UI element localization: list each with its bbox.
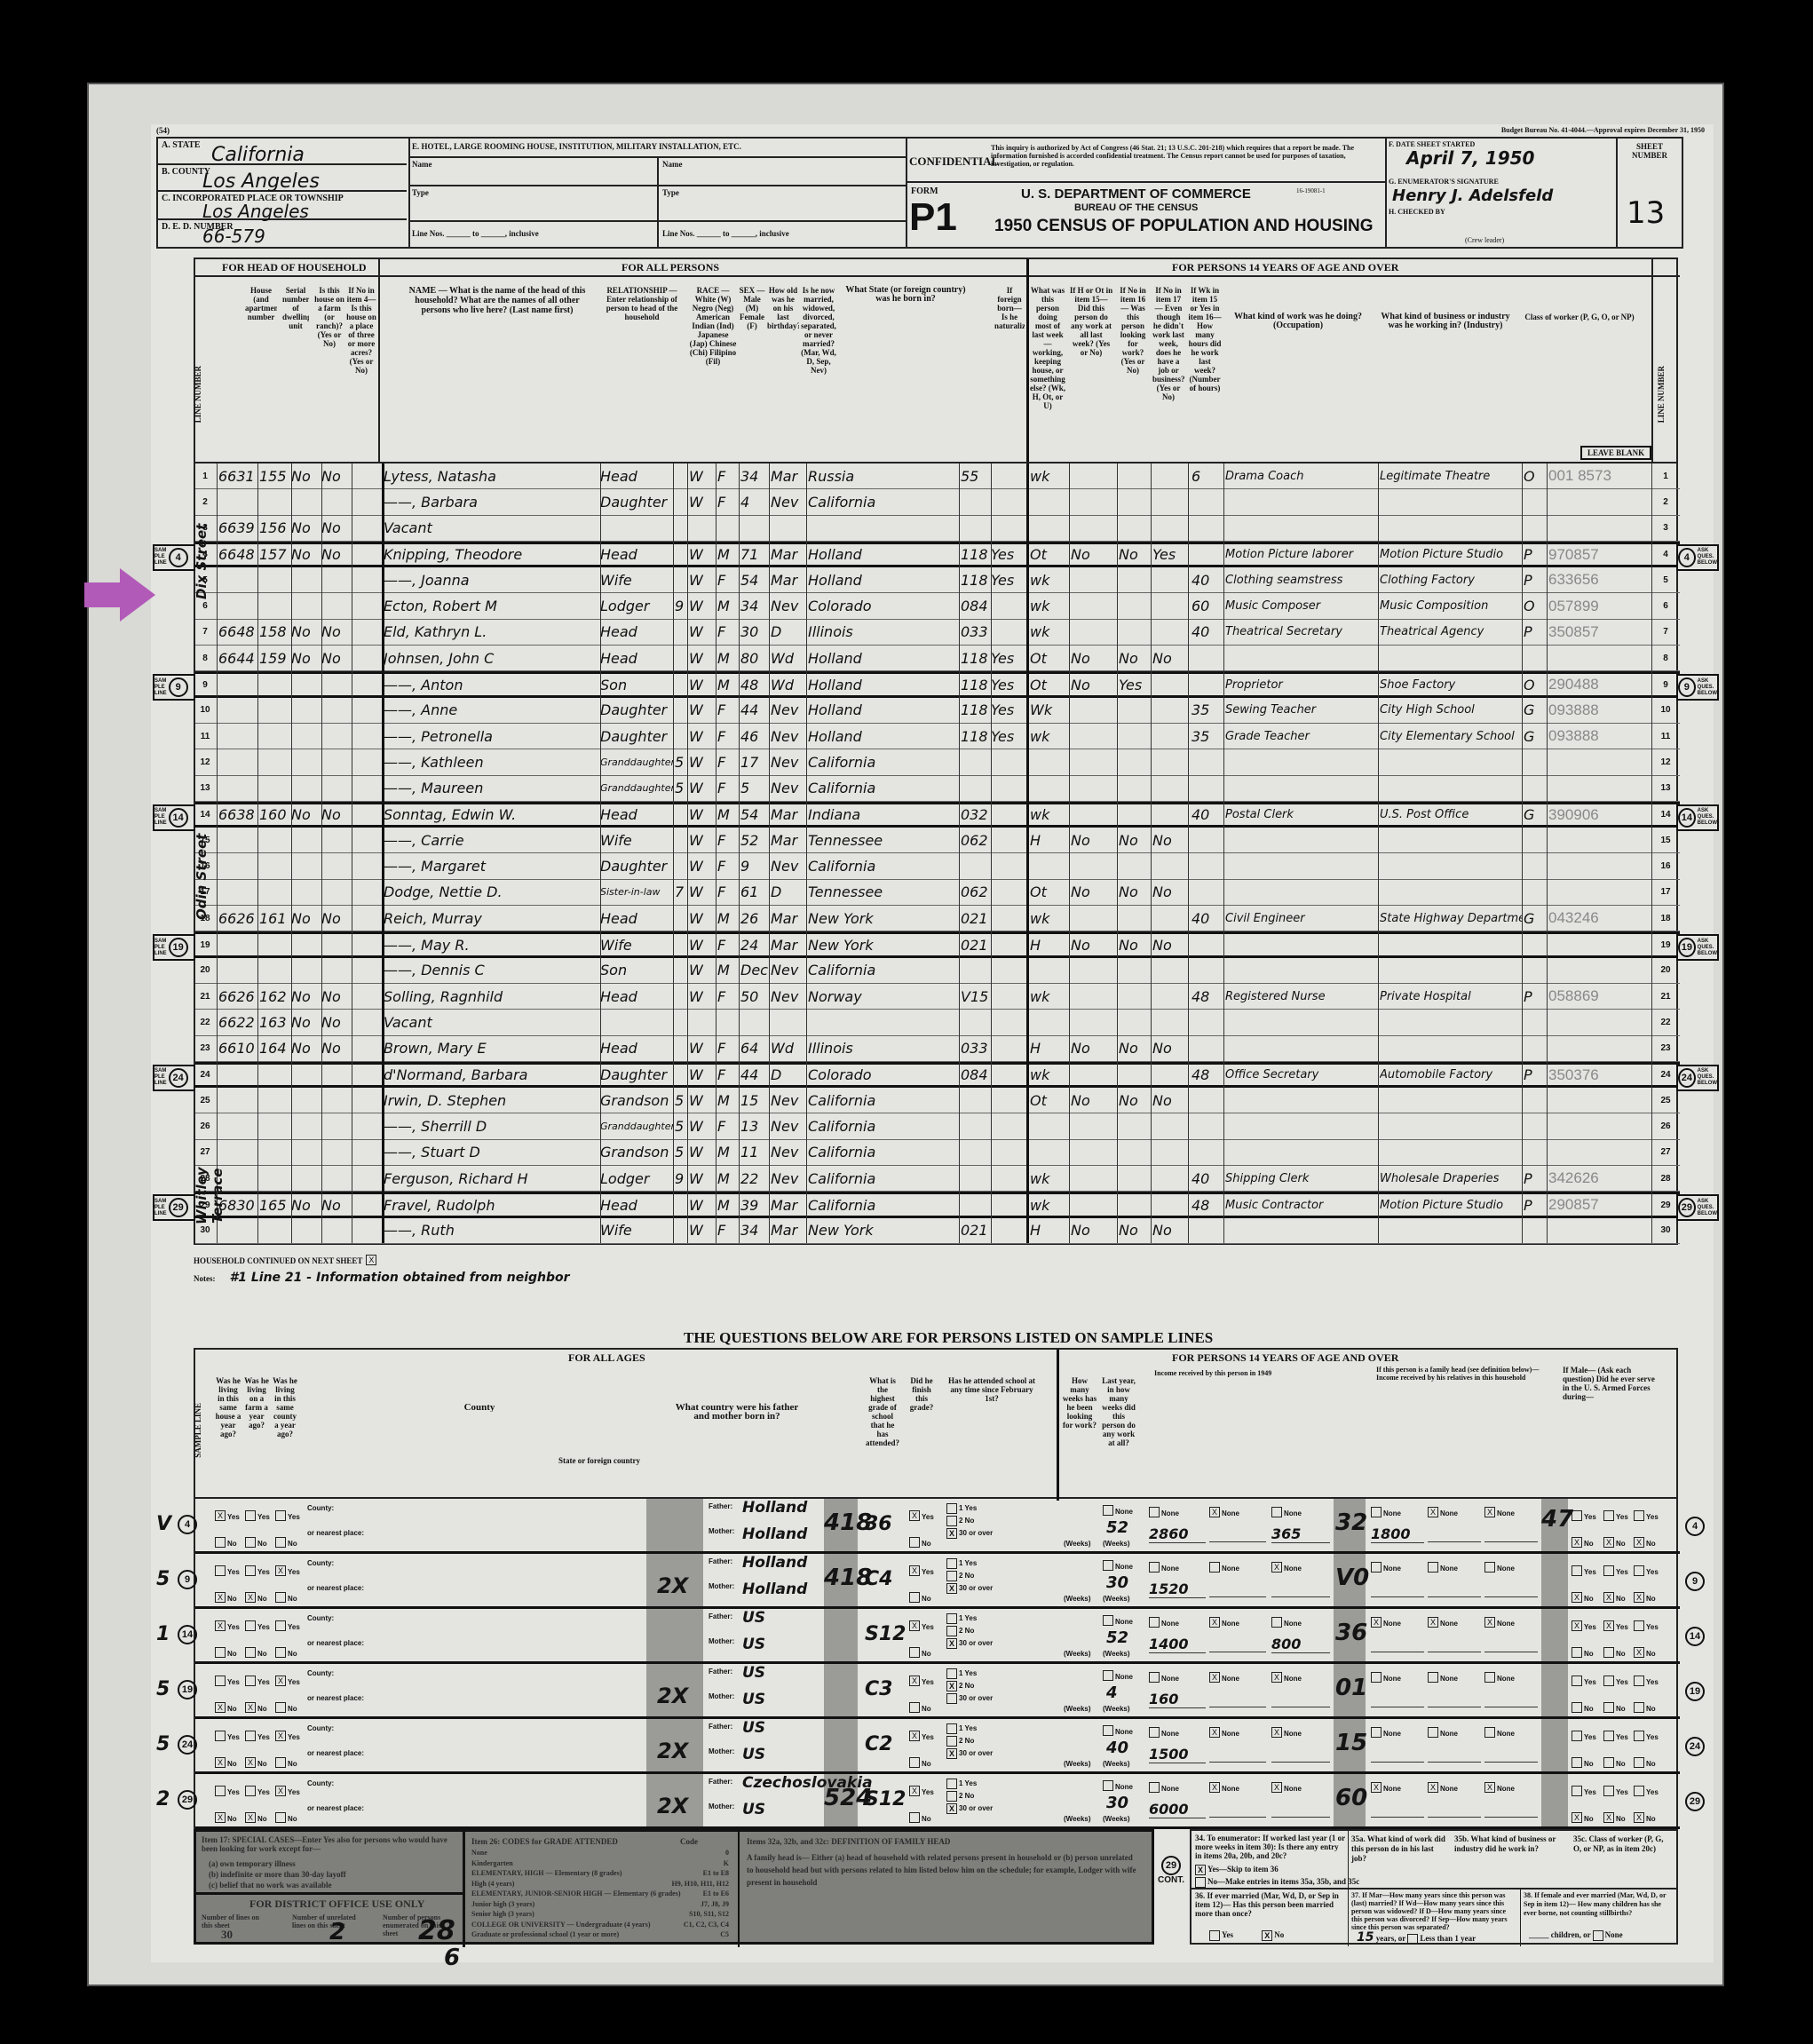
q31b-amount[interactable] xyxy=(1209,1746,1266,1763)
line-number-right: 19 xyxy=(1655,934,1676,955)
q22-yes-checkbox[interactable] xyxy=(245,1676,256,1686)
q31c-amount[interactable]: 365 xyxy=(1271,1525,1330,1543)
q32a-none-checkbox[interactable] xyxy=(1371,1507,1382,1517)
ww2-yes-checkbox[interactable] xyxy=(1572,1786,1582,1796)
ww2-yes-checkbox[interactable] xyxy=(1572,1731,1582,1741)
q31a-none-checkbox[interactable] xyxy=(1149,1562,1160,1573)
q32c-none-checkbox[interactable] xyxy=(1484,1727,1495,1738)
q31c-amount[interactable]: 800 xyxy=(1271,1636,1330,1653)
cell-q16 xyxy=(1071,1140,1115,1165)
school-30-checkbox[interactable]: X xyxy=(946,1528,957,1539)
q22-no-checkbox[interactable]: X xyxy=(245,1812,256,1823)
q32c-none-checkbox[interactable]: X xyxy=(1484,1617,1495,1628)
cell-serial xyxy=(259,828,291,852)
line-number-right: 18 xyxy=(1655,906,1676,931)
q31b-amount[interactable] xyxy=(1209,1801,1266,1818)
q21-no-checkbox[interactable]: X xyxy=(215,1757,226,1768)
q34-yes-checkbox[interactable]: X xyxy=(1195,1865,1206,1875)
cell-acres: No xyxy=(321,620,352,645)
cell-sex: M xyxy=(717,1194,739,1215)
father-birthplace: US xyxy=(742,1609,765,1627)
q22-no-checkbox[interactable] xyxy=(245,1537,256,1548)
q21-yes-checkbox[interactable] xyxy=(215,1786,226,1796)
other-no-checkbox[interactable]: X xyxy=(1634,1592,1644,1603)
q22-yes-checkbox[interactable] xyxy=(245,1510,256,1521)
cell-race: W xyxy=(689,828,714,852)
finished-yes-checkbox[interactable]: X xyxy=(909,1565,920,1576)
other-yes-checkbox[interactable] xyxy=(1634,1786,1644,1796)
q32b-none-checkbox[interactable] xyxy=(1428,1672,1438,1683)
q32b-none-checkbox[interactable]: X xyxy=(1428,1617,1438,1628)
q32a-amount[interactable] xyxy=(1371,1801,1424,1818)
finished-yes-checkbox[interactable]: X xyxy=(909,1786,920,1796)
q31a-amount[interactable]: 6000 xyxy=(1149,1801,1206,1818)
q32b-none-checkbox[interactable] xyxy=(1428,1727,1438,1738)
finished-no-checkbox[interactable] xyxy=(909,1592,920,1603)
q32a-amount[interactable] xyxy=(1371,1746,1424,1763)
weeks-worked[interactable]: 52 xyxy=(1106,1518,1128,1537)
cell-nat xyxy=(991,1140,1023,1165)
q21-yes-checkbox[interactable]: X xyxy=(215,1620,226,1631)
q32b-amount[interactable] xyxy=(1428,1636,1481,1652)
other-yes-checkbox[interactable] xyxy=(1634,1731,1644,1741)
q32a-amount[interactable] xyxy=(1371,1636,1424,1652)
school-yes-checkbox[interactable] xyxy=(946,1613,957,1624)
cell-farm xyxy=(291,934,321,955)
q30-none-checkbox[interactable] xyxy=(1103,1560,1113,1571)
cell-name: Dodge, Nettie D. xyxy=(384,880,604,905)
ww1-no-checkbox[interactable] xyxy=(1603,1702,1614,1713)
school-no-checkbox[interactable] xyxy=(946,1626,957,1636)
cell-age: 5 xyxy=(740,776,769,801)
q32a-none-checkbox[interactable]: X xyxy=(1371,1782,1382,1793)
other-no-checkbox[interactable]: X xyxy=(1634,1812,1644,1823)
cell-rel: Head xyxy=(600,906,673,931)
other-yes-checkbox[interactable] xyxy=(1634,1510,1644,1521)
cell-industry xyxy=(1380,934,1522,955)
ww1-yes-checkbox[interactable]: X xyxy=(1603,1620,1614,1631)
q31a-amount[interactable]: 1500 xyxy=(1149,1746,1206,1763)
cell-sex: M xyxy=(717,594,739,619)
q23-yes-checkbox[interactable] xyxy=(275,1620,286,1631)
no-label: No xyxy=(1584,1540,1594,1548)
q30-none-checkbox[interactable] xyxy=(1103,1505,1113,1516)
q31a-none-checkbox[interactable] xyxy=(1149,1782,1160,1793)
other-no-checkbox[interactable]: X xyxy=(1634,1537,1644,1548)
cell-house xyxy=(218,724,259,749)
ww1-yes-checkbox[interactable] xyxy=(1603,1676,1614,1686)
school-yes-checkbox[interactable] xyxy=(946,1668,957,1679)
finished-no-checkbox[interactable] xyxy=(909,1812,920,1823)
q32c-none-checkbox[interactable]: X xyxy=(1484,1507,1495,1517)
ww1-no-checkbox[interactable] xyxy=(1603,1647,1614,1658)
weeks-worked[interactable]: 30 xyxy=(1106,1573,1128,1592)
q21-yes-checkbox[interactable] xyxy=(215,1731,226,1741)
cell-q17 xyxy=(1119,567,1151,592)
q32a-none-checkbox[interactable]: X xyxy=(1371,1617,1382,1628)
other-no-checkbox[interactable]: X xyxy=(1634,1647,1644,1658)
q38-none-checkbox[interactable] xyxy=(1593,1930,1603,1941)
cell-race: W xyxy=(689,489,714,514)
school-no-checkbox[interactable] xyxy=(946,1571,957,1581)
school-no-checkbox[interactable] xyxy=(946,1516,957,1526)
cell-industry: Motion Picture Studio xyxy=(1380,1194,1522,1215)
q23-no-checkbox[interactable] xyxy=(275,1592,286,1603)
sample-row-line-circle: 19 xyxy=(178,1680,197,1699)
cell-marital: Mar xyxy=(771,804,806,825)
q31a-amount[interactable]: 2860 xyxy=(1149,1525,1206,1543)
q23-no-checkbox[interactable] xyxy=(275,1812,286,1823)
q21-no-checkbox[interactable] xyxy=(215,1537,226,1548)
district-label-unrelated: Number of unrelated lines on this sheet xyxy=(292,1913,363,1929)
school-no-checkbox[interactable] xyxy=(946,1791,957,1802)
leave-blank-g-value: 47 xyxy=(1541,1506,1573,1533)
q22-no-checkbox[interactable] xyxy=(245,1647,256,1658)
q22-checkboxes: YesXNo xyxy=(245,1673,270,1715)
highest-grade: S12 xyxy=(865,1623,906,1645)
cell-rel: Head xyxy=(600,620,673,645)
cell-age: 80 xyxy=(740,646,769,670)
ww2-yes-checkbox[interactable]: X xyxy=(1572,1620,1582,1631)
cell-industry xyxy=(1380,489,1522,514)
q31b-none-checkbox[interactable] xyxy=(1209,1562,1220,1573)
weeks-worked[interactable]: 40 xyxy=(1106,1739,1128,1757)
q23-no-checkbox[interactable] xyxy=(275,1537,286,1548)
school-30-checkbox[interactable] xyxy=(946,1693,957,1704)
q31a-none-checkbox[interactable] xyxy=(1149,1507,1160,1517)
q32b-amount[interactable] xyxy=(1428,1581,1481,1597)
q31c-none-checkbox[interactable] xyxy=(1271,1617,1282,1628)
q30-none-checkbox[interactable] xyxy=(1103,1725,1113,1736)
cell-birthplace: California xyxy=(808,1088,932,1113)
ww1-yes-checkbox[interactable] xyxy=(1603,1565,1614,1576)
q23-yes-checkbox[interactable]: X xyxy=(275,1786,286,1796)
cell-serial: 164 xyxy=(259,1036,291,1061)
q32a-none-checkbox[interactable] xyxy=(1371,1727,1382,1738)
q31c-amount[interactable] xyxy=(1271,1746,1330,1763)
q32c-amount[interactable] xyxy=(1484,1691,1538,1707)
q32b-none-checkbox[interactable]: X xyxy=(1428,1782,1438,1793)
q32c-none-checkbox[interactable] xyxy=(1484,1672,1495,1683)
q36-no-checkbox[interactable]: X xyxy=(1262,1930,1272,1941)
q31b-amount[interactable] xyxy=(1209,1636,1266,1652)
school-30-checkbox[interactable]: X xyxy=(946,1638,957,1649)
q31a-none-checkbox[interactable] xyxy=(1149,1727,1160,1738)
q32c-amount[interactable] xyxy=(1484,1801,1538,1818)
q31c-none-checkbox[interactable]: X xyxy=(1271,1727,1282,1738)
table-row: 216626 upper162NoNoSolling, RagnhildHead… xyxy=(195,984,1680,1010)
q31b-amount[interactable] xyxy=(1209,1525,1266,1542)
cell-q17: No xyxy=(1119,646,1151,670)
q22-yes-checkbox[interactable] xyxy=(245,1620,256,1631)
q31a-none-checkbox[interactable] xyxy=(1149,1617,1160,1628)
q22-yes-checkbox[interactable] xyxy=(245,1565,256,1576)
school-30-checkbox[interactable]: X xyxy=(946,1583,957,1594)
none-label: None xyxy=(1284,1565,1302,1573)
cell-birthplace: Russia xyxy=(808,463,932,488)
q32c-amount[interactable] xyxy=(1484,1581,1538,1597)
q31c-none-checkbox[interactable]: X xyxy=(1271,1672,1282,1683)
finished-no-checkbox[interactable] xyxy=(909,1757,920,1768)
school-attendance: 1 Yes2 NoX30 or over xyxy=(946,1778,993,1815)
ww2-yes-checkbox[interactable] xyxy=(1572,1676,1582,1686)
cell-b: 021 xyxy=(961,1218,989,1243)
section-head-of-household: FOR HEAD OF HOUSEHOLD xyxy=(222,261,367,274)
q31a-amount[interactable]: 1520 xyxy=(1149,1581,1206,1598)
ww2-yes-checkbox[interactable] xyxy=(1572,1510,1582,1521)
q36-yes-label: Yes xyxy=(1222,1930,1233,1939)
q31c-amount[interactable] xyxy=(1271,1581,1330,1597)
ww1-no-checkbox[interactable] xyxy=(1603,1757,1614,1768)
q36-yes-checkbox[interactable] xyxy=(1209,1930,1220,1941)
weeks-label-30: (Weeks) xyxy=(1103,1705,1130,1713)
column-divider xyxy=(806,463,807,1243)
cell-hours xyxy=(1192,1036,1218,1061)
table-row: 5——, JoannaWifeWF54MarHolland118Yeswk40C… xyxy=(195,567,1680,593)
q32c-amount[interactable] xyxy=(1484,1746,1538,1763)
cell-q16 xyxy=(1071,567,1115,592)
ww1-yes-checkbox[interactable] xyxy=(1603,1786,1614,1796)
checked-by-label: h. CHECKED BY xyxy=(1389,208,1445,216)
q31c-amount[interactable] xyxy=(1271,1691,1330,1707)
weeks-worked[interactable]: 4 xyxy=(1106,1684,1118,1702)
q31c-amount[interactable] xyxy=(1271,1801,1330,1818)
school-no-checkbox[interactable]: X xyxy=(946,1681,957,1691)
table-row: 16631155NoNoLytess, NatashaHeadWF34MarRu… xyxy=(195,463,1680,489)
table-row: 25Irwin, D. StephenGrandson5WM15NevCalif… xyxy=(195,1088,1680,1113)
leave-blank-d-value: 2X xyxy=(657,1739,688,1763)
q21-no-checkbox[interactable] xyxy=(215,1647,226,1658)
q21-yes-checkbox[interactable]: X xyxy=(215,1510,226,1521)
q32c-amount[interactable] xyxy=(1484,1525,1538,1542)
ww2-no-checkbox[interactable] xyxy=(1572,1702,1582,1713)
cell-race: W xyxy=(689,984,714,1009)
cell-class xyxy=(1524,1036,1545,1061)
q21-no-checkbox[interactable]: X xyxy=(215,1812,226,1823)
q23-no-checkbox[interactable] xyxy=(275,1702,286,1713)
cell-occupation xyxy=(1225,489,1376,514)
none-label: None xyxy=(1440,1509,1458,1517)
q21-yes-checkbox[interactable] xyxy=(215,1565,226,1576)
q32b-amount[interactable] xyxy=(1428,1746,1481,1763)
cell-a xyxy=(675,984,687,1009)
school-30-checkbox[interactable]: X xyxy=(946,1748,957,1759)
grade-code-label: Senior high (3 years) xyxy=(471,1909,534,1920)
father-label: Father: xyxy=(709,1723,732,1731)
q23-no-checkbox[interactable] xyxy=(275,1647,286,1658)
cell-acres xyxy=(321,489,352,514)
q32c-amount[interactable] xyxy=(1484,1636,1538,1652)
grade-code-row: Senior high (3 years)S10, S11, S12 xyxy=(471,1909,729,1920)
q32c-none-checkbox[interactable] xyxy=(1484,1562,1495,1573)
ww1-no-checkbox[interactable]: X xyxy=(1603,1812,1614,1823)
cell-nat xyxy=(991,958,1023,983)
q31a-amount[interactable]: 160 xyxy=(1149,1691,1206,1708)
cell-q17 xyxy=(1119,854,1151,879)
weeks-worked[interactable]: 30 xyxy=(1106,1794,1128,1812)
state-field: a. STATE California xyxy=(158,139,407,165)
school-no-checkbox[interactable] xyxy=(946,1736,957,1747)
confidential-text: This inquiry is authorized by Act of Con… xyxy=(991,144,1373,168)
q31b-amount[interactable] xyxy=(1209,1581,1266,1597)
q32a-none-checkbox[interactable] xyxy=(1371,1562,1382,1573)
finished-yes-checkbox[interactable]: X xyxy=(909,1620,920,1631)
cell-name: Vacant xyxy=(384,516,604,541)
cell-age: 13 xyxy=(740,1114,769,1139)
finished-yes-checkbox[interactable]: X xyxy=(909,1510,920,1521)
q31b-amount[interactable] xyxy=(1209,1691,1266,1707)
q31b-none-checkbox[interactable]: X xyxy=(1209,1782,1220,1793)
q23-yes-checkbox[interactable]: X xyxy=(275,1565,286,1576)
q31c-none-checkbox[interactable] xyxy=(1271,1507,1282,1517)
q30-none-checkbox[interactable] xyxy=(1103,1615,1113,1626)
q32b-amount[interactable] xyxy=(1428,1801,1481,1818)
cell-serial: 161 xyxy=(259,906,291,931)
q21-no-checkbox[interactable]: X xyxy=(215,1592,226,1603)
q22-no-checkbox[interactable]: X xyxy=(245,1592,256,1603)
cell-activity: wk xyxy=(1030,804,1065,825)
q32b-amount[interactable] xyxy=(1428,1525,1481,1542)
q22-no-checkbox[interactable]: X xyxy=(245,1702,256,1713)
school-30-label: 30 or over xyxy=(959,1584,993,1592)
q31b-none-checkbox[interactable]: X xyxy=(1209,1507,1220,1517)
q32b-amount[interactable] xyxy=(1428,1691,1481,1707)
cell-hours: 40 xyxy=(1192,906,1218,931)
q23-yes-checkbox[interactable] xyxy=(275,1510,286,1521)
q32a-amount[interactable] xyxy=(1371,1581,1424,1597)
ww2-no-checkbox[interactable]: X xyxy=(1572,1537,1582,1548)
school-30-label: 30 or over xyxy=(959,1804,993,1812)
none-label: None xyxy=(1115,1618,1133,1626)
ww1-no-checkbox[interactable]: X xyxy=(1603,1592,1614,1603)
ww1-yes-checkbox[interactable] xyxy=(1603,1731,1614,1741)
other-no-checkbox[interactable] xyxy=(1634,1702,1644,1713)
q31a-amount[interactable]: 1400 xyxy=(1149,1636,1206,1653)
q30-none-checkbox[interactable] xyxy=(1103,1670,1113,1681)
ed-number-label: d. E. D. NUMBER xyxy=(162,222,403,232)
q32a-amount[interactable] xyxy=(1371,1691,1424,1707)
ww1-yes-checkbox[interactable] xyxy=(1603,1510,1614,1521)
finished-yes-checkbox[interactable]: X xyxy=(909,1731,920,1741)
grade-code-row: Graduate or professional school (1 year … xyxy=(471,1929,729,1940)
cell-rel: Head xyxy=(600,804,673,825)
leave-blank-d-value: 2X xyxy=(657,1794,688,1818)
cell-birthplace: California xyxy=(808,749,932,774)
cell-serial: 157 xyxy=(259,544,291,565)
school-yes-checkbox[interactable] xyxy=(946,1503,957,1514)
household-continued-checkbox[interactable]: X xyxy=(366,1255,376,1265)
ww1-no-checkbox[interactable]: X xyxy=(1603,1537,1614,1548)
grade-code-row: KindergartenK xyxy=(471,1858,729,1869)
q36-no-label: No xyxy=(1274,1930,1284,1939)
q31b-none-checkbox[interactable]: X xyxy=(1209,1617,1220,1628)
table-row: 15——, CarrieWifeWF52MarTennessee062HNoNo… xyxy=(195,828,1680,853)
cell-birthplace: Holland xyxy=(808,674,932,694)
none-label: None xyxy=(1161,1675,1179,1683)
cell-age: 46 xyxy=(740,724,769,749)
other-yes-checkbox[interactable] xyxy=(1634,1565,1644,1576)
cell-line: 8 xyxy=(195,646,215,670)
q22-yes-checkbox[interactable] xyxy=(245,1786,256,1796)
q32c-none-checkbox[interactable]: X xyxy=(1484,1782,1495,1793)
q22-yes-checkbox[interactable] xyxy=(245,1731,256,1741)
q31b-none-checkbox[interactable]: X xyxy=(1209,1727,1220,1738)
q32b-none-checkbox[interactable] xyxy=(1428,1562,1438,1573)
finished-no-checkbox[interactable] xyxy=(909,1647,920,1658)
cell-activity xyxy=(1030,776,1065,801)
ww2-no-checkbox[interactable] xyxy=(1572,1757,1582,1768)
cell-q17: Yes xyxy=(1119,674,1151,694)
nearest-place-label: or nearest place: xyxy=(307,1749,364,1757)
cell-hours: 6 xyxy=(1192,463,1218,488)
cell-serial xyxy=(259,1166,291,1191)
q22-no-checkbox[interactable]: X xyxy=(245,1757,256,1768)
q21-no-checkbox[interactable]: X xyxy=(215,1702,226,1713)
weeks-worked[interactable]: 52 xyxy=(1106,1628,1128,1647)
q23-yes-checkbox[interactable]: X xyxy=(275,1731,286,1741)
q21-yes-checkbox[interactable] xyxy=(215,1676,226,1686)
col-header-industry: What kind of business or industry was he… xyxy=(1374,313,1516,330)
q31b-none-checkbox[interactable]: X xyxy=(1209,1672,1220,1683)
cell-nat: Yes xyxy=(991,674,1023,694)
q31c-none-checkbox[interactable]: X xyxy=(1271,1782,1282,1793)
cell-a xyxy=(675,698,687,723)
yes-label: Yes xyxy=(288,1788,300,1796)
column-divider xyxy=(769,463,770,1243)
cell-acres xyxy=(321,1065,352,1085)
q32a-amount[interactable]: 1800 xyxy=(1371,1525,1424,1543)
cell-code xyxy=(1548,489,1650,514)
finished-yes-checkbox[interactable]: X xyxy=(909,1676,920,1686)
q34-no-checkbox[interactable] xyxy=(1195,1877,1206,1888)
q32a-none-checkbox[interactable] xyxy=(1371,1672,1382,1683)
sample-col-24b: State or foreign country xyxy=(533,1456,666,1465)
other-yes-checkbox[interactable] xyxy=(1634,1676,1644,1686)
no-label: No xyxy=(1616,1705,1626,1713)
school-yes-checkbox[interactable] xyxy=(946,1558,957,1569)
cell-farm xyxy=(291,776,321,801)
school-yes-checkbox[interactable] xyxy=(946,1723,957,1734)
other-yes-checkbox[interactable] xyxy=(1634,1620,1644,1631)
cell-b: 021 xyxy=(961,934,989,955)
ww2-no-checkbox[interactable] xyxy=(1572,1647,1582,1658)
street-name: Odin Street xyxy=(194,730,210,1023)
column-divider xyxy=(673,463,674,1243)
cell-industry xyxy=(1380,854,1522,879)
ww2-no-checkbox[interactable]: X xyxy=(1572,1592,1582,1603)
q37-less-checkbox[interactable] xyxy=(1407,1934,1418,1945)
finished-no-checkbox[interactable] xyxy=(909,1537,920,1548)
ww1-checkboxes: YesNo xyxy=(1603,1673,1628,1715)
school-30-checkbox[interactable]: X xyxy=(946,1803,957,1814)
q32b-none-checkbox[interactable]: X xyxy=(1428,1507,1438,1517)
q31a-none-checkbox[interactable] xyxy=(1149,1672,1160,1683)
finished-no-checkbox[interactable] xyxy=(909,1702,920,1713)
ww2-no-checkbox[interactable]: X xyxy=(1572,1812,1582,1823)
other-no-checkbox[interactable] xyxy=(1634,1757,1644,1768)
q30-none-checkbox[interactable] xyxy=(1103,1780,1113,1791)
leave-blank-d-value: 2X xyxy=(657,1573,688,1598)
cell-industry xyxy=(1380,776,1522,801)
cell-b: 118 xyxy=(961,698,989,723)
table-row: 10——, AnneDaughterWF44NevHolland118YesWk… xyxy=(195,698,1680,724)
school-yes-checkbox[interactable] xyxy=(946,1779,957,1789)
line-number-right: 21 xyxy=(1655,984,1676,1009)
q23-yes-checkbox[interactable]: X xyxy=(275,1676,286,1686)
ww2-yes-checkbox[interactable] xyxy=(1572,1565,1582,1576)
q31c-none-checkbox[interactable]: X xyxy=(1271,1562,1282,1573)
q23-no-checkbox[interactable] xyxy=(275,1757,286,1768)
